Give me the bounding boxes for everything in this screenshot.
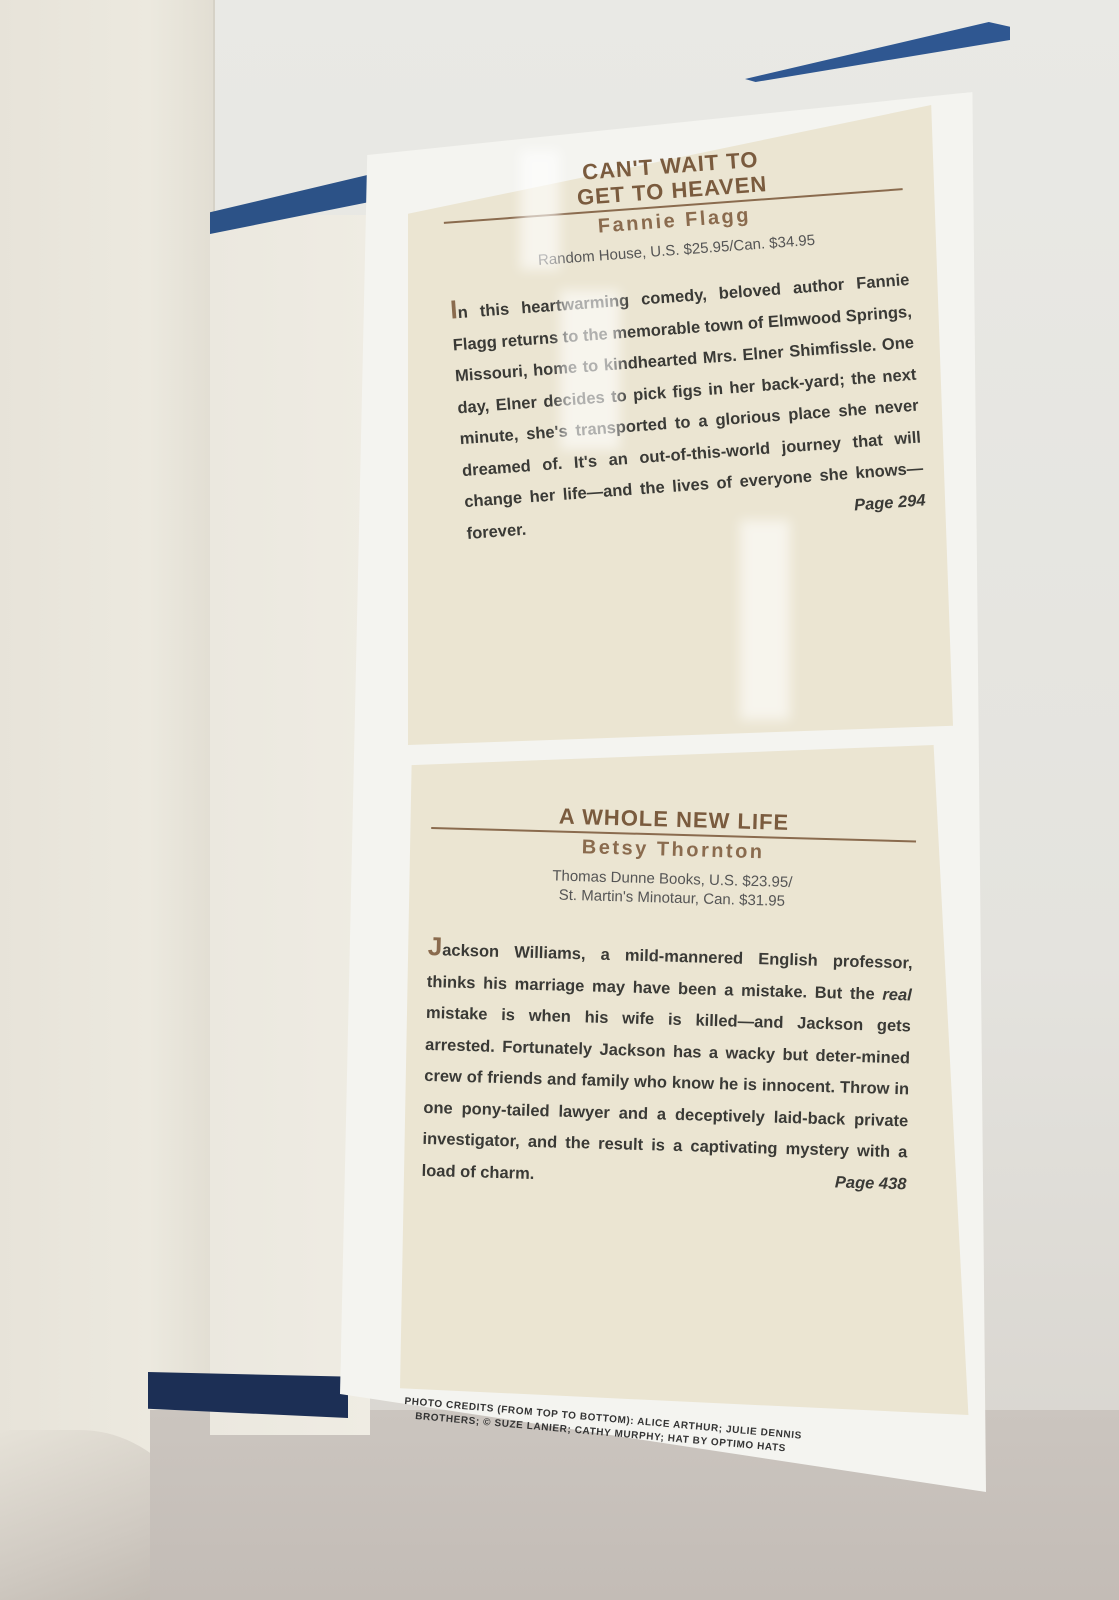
page-reference: Page 294 bbox=[853, 485, 927, 522]
photo-credits: PHOTO CREDITS (FROM TOP TO BOTTOM): ALIC… bbox=[403, 1395, 963, 1472]
description-italic: real bbox=[882, 985, 912, 1004]
page-reference: Page 438 bbox=[834, 1167, 906, 1200]
listing-title: A WHOLE NEW LIFE bbox=[431, 800, 917, 839]
description-text: mistake is when his wife is killed—and J… bbox=[421, 1004, 911, 1183]
listing-description: Jackson Williams, a mild-mannered Englis… bbox=[421, 931, 913, 1200]
description-text: ackson Williams, a mild-mannered English… bbox=[427, 941, 913, 1003]
listing-description: In this heartwarming comedy, beloved aut… bbox=[449, 261, 927, 550]
glare-reflection bbox=[740, 520, 790, 720]
listing-author: Betsy Thornton bbox=[430, 832, 915, 869]
glare-reflection bbox=[560, 290, 620, 450]
glare-reflection bbox=[520, 150, 560, 270]
drop-cap: J bbox=[428, 931, 443, 961]
listing-2: A WHOLE NEW LIFE Betsy Thornton Thomas D… bbox=[421, 800, 917, 1200]
listing-1: CAN'T WAIT TO GET TO HEAVEN Fannie Flagg… bbox=[440, 136, 927, 550]
